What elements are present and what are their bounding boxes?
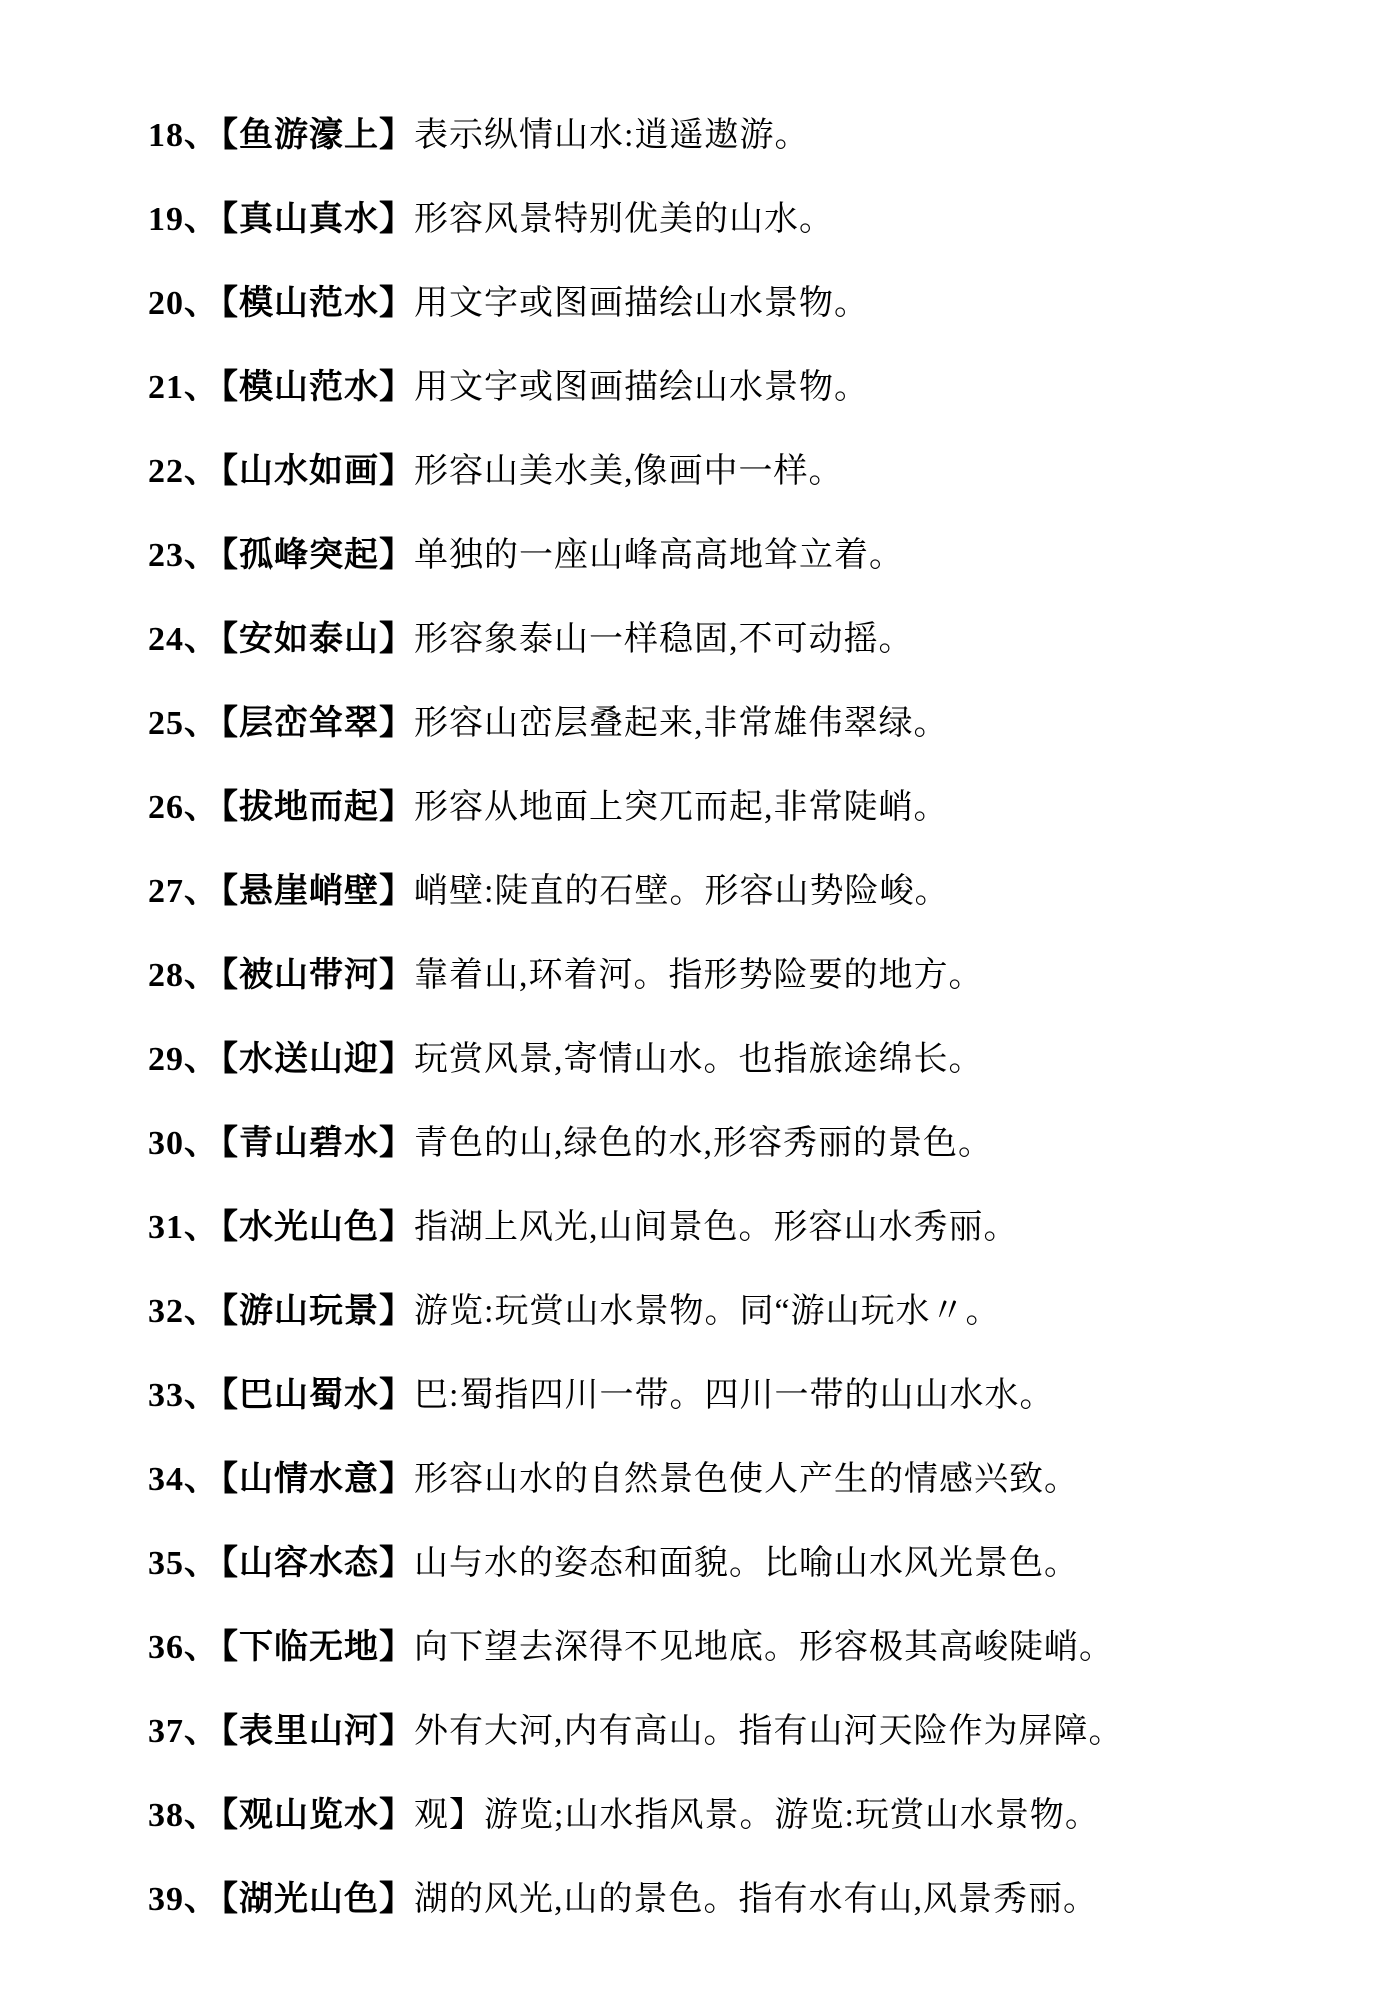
entry-idiom: 【模山范水】 xyxy=(221,369,414,406)
entry-description: 峭壁:陡直的石壁。形容山势险峻。 xyxy=(414,873,949,910)
idiom-entry: 25、【层峦耸翠】形容山峦层叠起来,非常雄伟翠绿。 xyxy=(148,700,1339,748)
entry-number: 36、 xyxy=(148,1629,219,1666)
entry-idiom: 【安如泰山】 xyxy=(221,621,414,658)
idiom-entry: 39、【湖光山色】湖的风光,山的景色。指有水有山,风景秀丽。 xyxy=(148,1876,1339,1924)
entry-number: 31、 xyxy=(148,1209,219,1246)
entry-number: 18、 xyxy=(148,117,219,154)
idiom-entry: 36、【下临无地】向下望去深得不见地底。形容极其高峻陡峭。 xyxy=(148,1624,1339,1672)
entry-description: 形容山峦层叠起来,非常雄伟翠绿。 xyxy=(414,705,949,742)
entry-description: 形容山水的自然景色使人产生的情感兴致。 xyxy=(414,1461,1079,1498)
idiom-entry: 20、【模山范水】用文字或图画描绘山水景物。 xyxy=(148,280,1339,328)
entry-description: 向下望去深得不见地底。形容极其高峻陡峭。 xyxy=(414,1629,1114,1666)
idiom-entry: 30、【青山碧水】青色的山,绿色的水,形容秀丽的景色。 xyxy=(148,1120,1339,1168)
entry-idiom: 【被山带河】 xyxy=(221,957,414,994)
entry-idiom: 【鱼游濠上】 xyxy=(221,117,414,154)
entry-idiom: 【山容水态】 xyxy=(221,1545,414,1582)
entry-number: 34、 xyxy=(148,1461,219,1498)
entry-number: 38、 xyxy=(148,1797,219,1834)
document-page: 18、【鱼游濠上】表示纵情山水:逍遥遨游。 19、【真山真水】形容风景特别优美的… xyxy=(0,0,1379,2006)
entry-number: 24、 xyxy=(148,621,219,658)
idiom-entry: 21、【模山范水】用文字或图画描绘山水景物。 xyxy=(148,364,1339,412)
idiom-entry: 29、【水送山迎】玩赏风景,寄情山水。也指旅途绵长。 xyxy=(148,1036,1339,1084)
idiom-entry: 27、【悬崖峭壁】峭壁:陡直的石壁。形容山势险峻。 xyxy=(148,868,1339,916)
entry-number: 21、 xyxy=(148,369,219,406)
entry-description: 玩赏风景,寄情山水。也指旅途绵长。 xyxy=(414,1041,984,1078)
entry-idiom: 【悬崖峭壁】 xyxy=(221,873,414,910)
entry-description: 外有大河,内有高山。指有山河天险作为屏障。 xyxy=(414,1713,1124,1750)
entry-idiom: 【真山真水】 xyxy=(221,201,414,238)
idiom-entry: 34、【山情水意】形容山水的自然景色使人产生的情感兴致。 xyxy=(148,1456,1339,1504)
idiom-entry: 22、【山水如画】形容山美水美,像画中一样。 xyxy=(148,448,1339,496)
idiom-entry: 19、【真山真水】形容风景特别优美的山水。 xyxy=(148,196,1339,244)
entry-idiom: 【层峦耸翠】 xyxy=(221,705,414,742)
entry-idiom: 【湖光山色】 xyxy=(221,1881,414,1918)
entry-number: 25、 xyxy=(148,705,219,742)
idiom-entry: 23、【孤峰突起】单独的一座山峰高高地耸立着。 xyxy=(148,532,1339,580)
entry-idiom: 【山水如画】 xyxy=(221,453,414,490)
entry-idiom: 【巴山蜀水】 xyxy=(221,1377,414,1414)
entry-description: 游览:玩赏山水景物。同“游山玩水〃。 xyxy=(414,1293,1001,1330)
entry-description: 指湖上风光,山间景色。形容山水秀丽。 xyxy=(414,1209,1019,1246)
entry-idiom: 【水送山迎】 xyxy=(221,1041,414,1078)
idiom-entry: 33、【巴山蜀水】巴:蜀指四川一带。四川一带的山山水水。 xyxy=(148,1372,1339,1420)
entry-idiom: 【表里山河】 xyxy=(221,1713,414,1750)
entry-description: 山与水的姿态和面貌。比喻山水风光景色。 xyxy=(414,1545,1079,1582)
entry-idiom: 【下临无地】 xyxy=(221,1629,414,1666)
entry-idiom: 【青山碧水】 xyxy=(221,1125,414,1162)
entry-number: 39、 xyxy=(148,1881,219,1918)
entry-number: 32、 xyxy=(148,1293,219,1330)
entry-description: 青色的山,绿色的水,形容秀丽的景色。 xyxy=(414,1125,993,1162)
entry-description: 用文字或图画描绘山水景物。 xyxy=(414,369,869,406)
entry-number: 26、 xyxy=(148,789,219,826)
entry-idiom: 【拔地而起】 xyxy=(221,789,414,826)
entry-description: 形容象泰山一样稳固,不可动摇。 xyxy=(414,621,914,658)
entry-number: 35、 xyxy=(148,1545,219,1582)
entry-number: 29、 xyxy=(148,1041,219,1078)
entry-idiom: 【孤峰突起】 xyxy=(221,537,414,574)
entry-number: 30、 xyxy=(148,1125,219,1162)
idiom-entry: 18、【鱼游濠上】表示纵情山水:逍遥遨游。 xyxy=(148,112,1339,160)
idiom-entry: 26、【拔地而起】形容从地面上突兀而起,非常陡峭。 xyxy=(148,784,1339,832)
entry-number: 23、 xyxy=(148,537,219,574)
entry-idiom: 【游山玩景】 xyxy=(221,1293,414,1330)
idiom-entry: 24、【安如泰山】形容象泰山一样稳固,不可动摇。 xyxy=(148,616,1339,664)
entry-number: 33、 xyxy=(148,1377,219,1414)
idiom-entry: 28、【被山带河】靠着山,环着河。指形势险要的地方。 xyxy=(148,952,1339,1000)
entry-description: 形容从地面上突兀而起,非常陡峭。 xyxy=(414,789,949,826)
entry-idiom: 【山情水意】 xyxy=(221,1461,414,1498)
entry-description: 表示纵情山水:逍遥遨游。 xyxy=(414,117,809,154)
entry-description: 单独的一座山峰高高地耸立着。 xyxy=(414,537,904,574)
entry-number: 22、 xyxy=(148,453,219,490)
entry-idiom: 【水光山色】 xyxy=(221,1209,414,1246)
idiom-entry: 31、【水光山色】指湖上风光,山间景色。形容山水秀丽。 xyxy=(148,1204,1339,1252)
entry-number: 19、 xyxy=(148,201,219,238)
entry-description: 观】游览;山水指风景。游览:玩赏山水景物。 xyxy=(414,1797,1100,1834)
entry-description: 湖的风光,山的景色。指有水有山,风景秀丽。 xyxy=(414,1881,1098,1918)
idiom-entry: 38、【观山览水】观】游览;山水指风景。游览:玩赏山水景物。 xyxy=(148,1792,1339,1840)
entry-description: 形容山美水美,像画中一样。 xyxy=(414,453,844,490)
entry-number: 20、 xyxy=(148,285,219,322)
entry-number: 28、 xyxy=(148,957,219,994)
entry-idiom: 【模山范水】 xyxy=(221,285,414,322)
idiom-entry: 37、【表里山河】外有大河,内有高山。指有山河天险作为屏障。 xyxy=(148,1708,1339,1756)
entry-number: 37、 xyxy=(148,1713,219,1750)
idiom-entry: 32、【游山玩景】游览:玩赏山水景物。同“游山玩水〃。 xyxy=(148,1288,1339,1336)
entry-description: 形容风景特别优美的山水。 xyxy=(414,201,834,238)
idiom-list: 18、【鱼游濠上】表示纵情山水:逍遥遨游。 19、【真山真水】形容风景特别优美的… xyxy=(0,0,1379,1924)
entry-idiom: 【观山览水】 xyxy=(221,1797,414,1834)
entry-description: 靠着山,环着河。指形势险要的地方。 xyxy=(414,957,984,994)
entry-number: 27、 xyxy=(148,873,219,910)
entry-description: 用文字或图画描绘山水景物。 xyxy=(414,285,869,322)
idiom-entry: 35、【山容水态】山与水的姿态和面貌。比喻山水风光景色。 xyxy=(148,1540,1339,1588)
entry-description: 巴:蜀指四川一带。四川一带的山山水水。 xyxy=(414,1377,1054,1414)
